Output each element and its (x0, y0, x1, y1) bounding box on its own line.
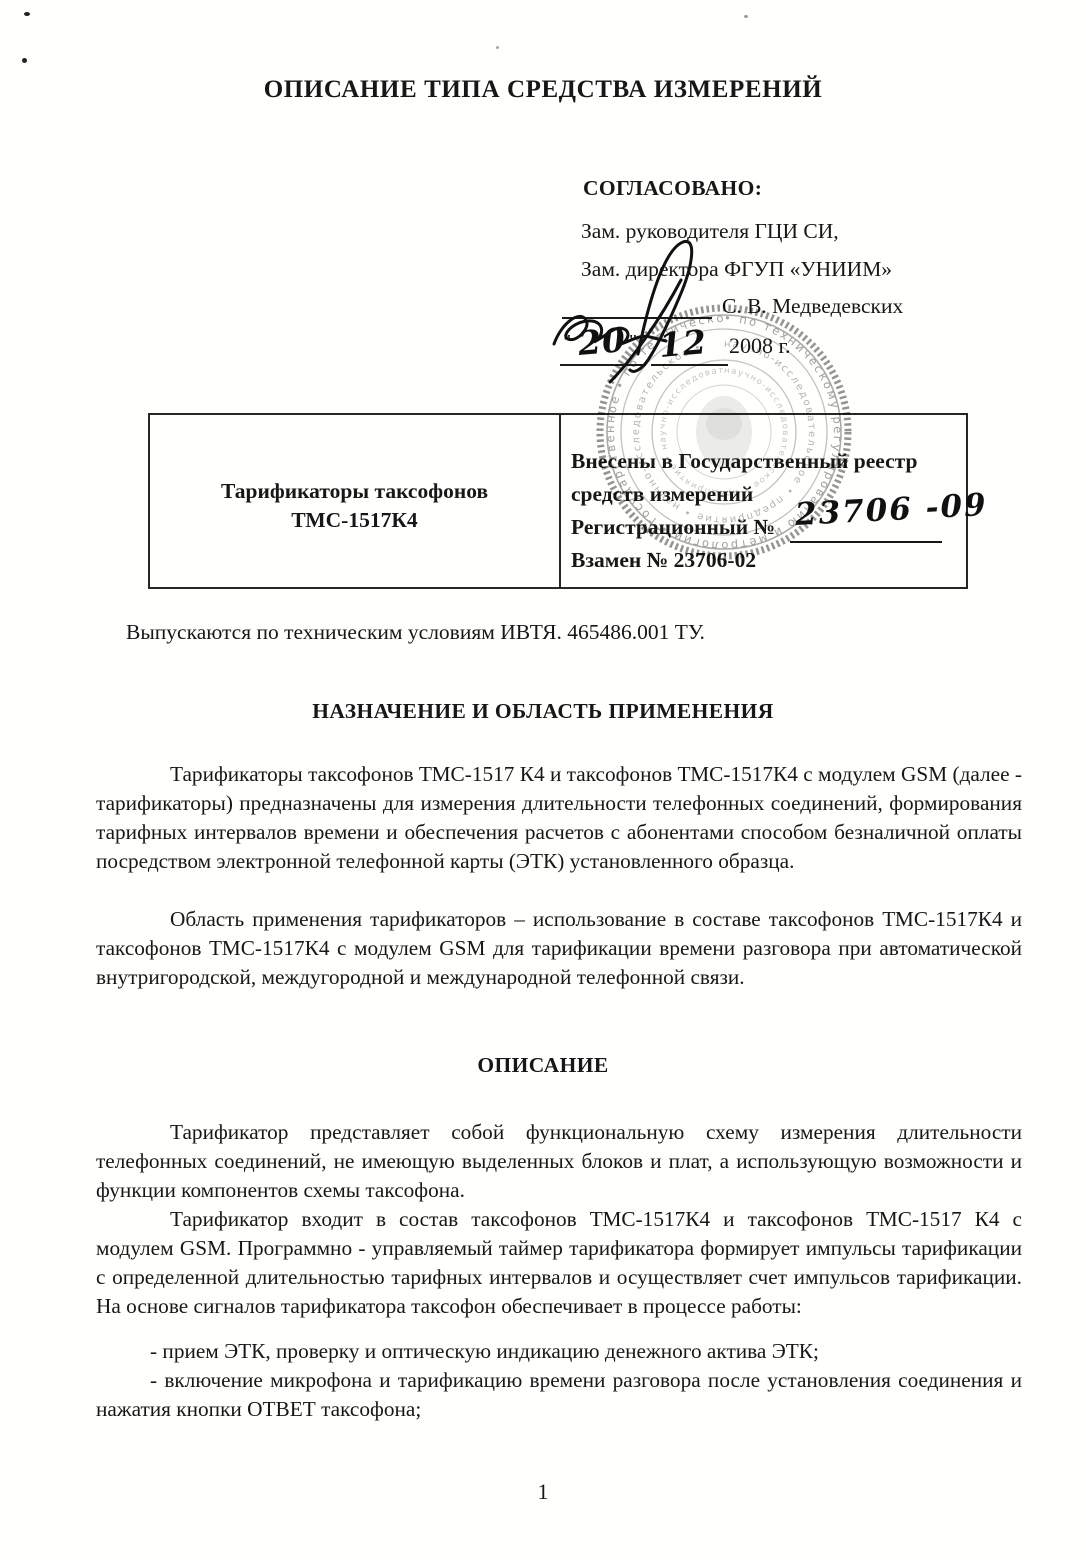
description-bullet: - прием ЭТК, проверку и оптическую индик… (96, 1337, 1022, 1366)
description-bullet: - включение микрофона и тарификацию врем… (96, 1366, 1022, 1424)
section-heading-description: ОПИСАНИЕ (0, 1053, 1086, 1078)
approval-heading: СОГЛАСОВАНО: (583, 176, 762, 201)
approval-position-line2: Зам. директора ФГУП «УНИИМ» (581, 257, 892, 282)
date-year: 2008 г. (729, 333, 791, 359)
section-heading-purpose: НАЗНАЧЕНИЕ И ОБЛАСТЬ ПРИМЕНЕНИЯ (0, 699, 1086, 724)
date-open-quote: " (563, 331, 571, 354)
registration-number-underline (790, 541, 942, 543)
purpose-paragraph: Тарификаторы таксофонов ТМС-1517 К4 и та… (96, 760, 1022, 876)
handwritten-date-month: 12 (657, 322, 708, 365)
instrument-name-cell: Тарификаторы таксофонов ТМС-1517К4 (150, 415, 561, 587)
document-title: ОПИСАНИЕ ТИПА СРЕДСТВА ИЗМЕРЕНИЙ (0, 76, 1086, 104)
date-day-underline (560, 364, 646, 366)
replaces-number-line: Взамен № 23706-02 (571, 544, 960, 577)
signature-underline (562, 317, 712, 319)
scan-artifact-dot (744, 15, 748, 18)
instrument-name-line1: Тарификаторы таксофонов (150, 477, 559, 506)
handwritten-date-day: 20 (576, 320, 627, 363)
scan-artifact-dot (24, 12, 30, 16)
registry-entry-line1: Внесены в Государственный реестр (571, 445, 960, 478)
technical-conditions-line: Выпускаются по техническим условиям ИВТЯ… (126, 620, 705, 645)
description-paragraph: Тарификатор входит в состав таксофонов Т… (96, 1205, 1022, 1321)
date-close-quote: " (629, 331, 637, 354)
scan-artifact-dot (496, 46, 499, 49)
approval-position-line1: Зам. руководителя ГЦИ СИ, (581, 219, 839, 244)
description-paragraph: Тарификатор представляет собой функциона… (96, 1118, 1022, 1205)
scanned-document-page: ОПИСАНИЕ ТИПА СРЕДСТВА ИЗМЕРЕНИЙ СОГЛАСО… (0, 0, 1086, 1560)
page-number: 1 (0, 1479, 1086, 1505)
scan-artifact-dot (22, 58, 27, 63)
signer-name: С. В. Медведевских (722, 294, 903, 319)
purpose-paragraph: Область применения тарификаторов – испол… (96, 905, 1022, 992)
instrument-name-line2: ТМС-1517К4 (150, 506, 559, 535)
